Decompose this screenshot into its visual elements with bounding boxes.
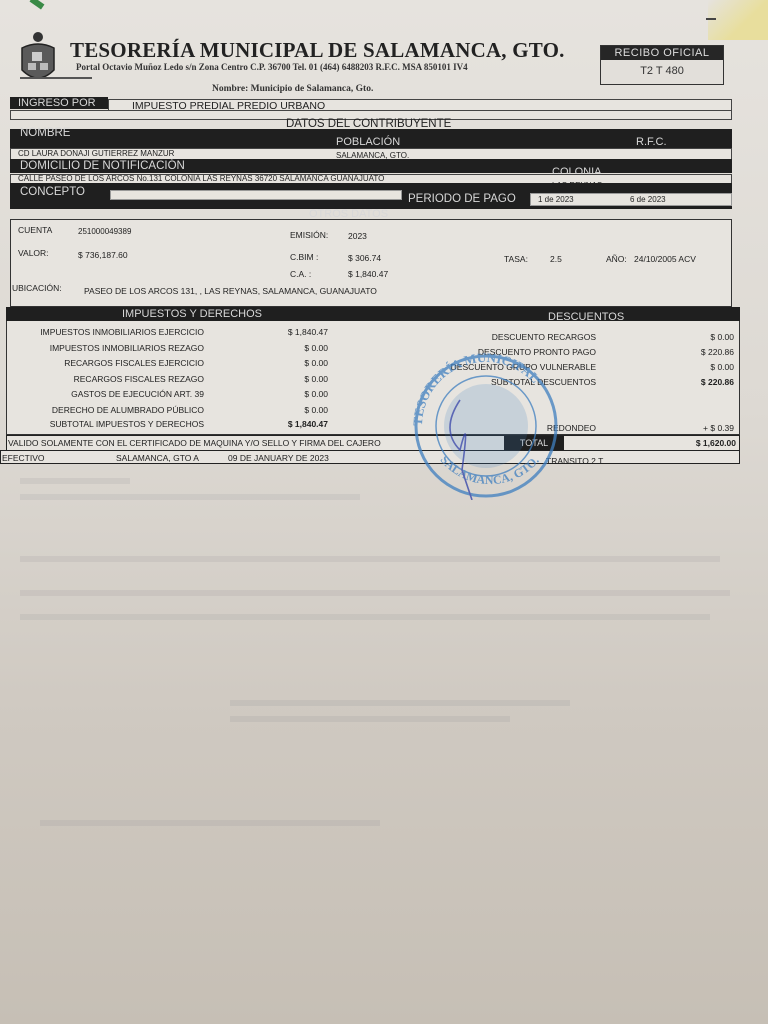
impuesto-value: $ 1,840.47 xyxy=(256,327,328,337)
anio-value: 24/10/2005 ACV xyxy=(634,254,696,264)
impuesto-label: IMPUESTOS INMOBILIARIOS EJERCICIO xyxy=(24,327,204,337)
concepto-field xyxy=(110,190,402,200)
impuesto-value: $ 0.00 xyxy=(256,389,328,399)
impuestos-header-bar xyxy=(6,307,740,321)
official-seal-icon: TESORERÍA MUNICIPAL SALAMANCA, GTO. xyxy=(400,340,572,500)
periodo-desde: 1 de 2023 xyxy=(538,195,574,204)
concepto-label: CONCEPTO xyxy=(20,186,85,198)
coat-of-arms-icon xyxy=(16,30,60,88)
impuesto-value: $ 0.00 xyxy=(256,343,328,353)
descuento-value: $ 220.86 xyxy=(666,347,734,357)
ca-value: $ 1,840.47 xyxy=(348,269,388,279)
domicilio-label: DOMICILIO DE NOTIFICACIÓN xyxy=(20,160,185,172)
impuesto-label: DERECHO DE ALUMBRADO PÚBLICO xyxy=(24,405,204,415)
descuento-value: $ 0.00 xyxy=(666,332,734,342)
receipt-label: RECIBO OFICIAL xyxy=(601,46,723,60)
fecha: 09 DE JANUARY DE 2023 xyxy=(228,453,329,463)
logo-underline xyxy=(20,77,92,79)
paper-corner xyxy=(708,0,768,40)
emision-value: 2023 xyxy=(348,231,367,241)
ca-label: C.A. : xyxy=(290,269,311,279)
forma-pago: EFECTIVO xyxy=(2,453,45,463)
lugar: SALAMANCA, GTO A xyxy=(116,453,199,463)
valor-label: VALOR: xyxy=(18,248,49,258)
page-mark xyxy=(706,18,716,20)
descuento-value: $ 0.00 xyxy=(666,362,734,372)
impuestos-title: IMPUESTOS Y DERECHOS xyxy=(122,308,262,320)
impuesto-value: $ 0.00 xyxy=(256,405,328,415)
institution-name-line: Nombre: Municipio de Salamanca, Gto. xyxy=(212,84,373,94)
periodo-hasta: 6 de 2023 xyxy=(630,195,666,204)
anio-label: AÑO: xyxy=(606,254,627,264)
receipt-number: T2 T 480 xyxy=(601,60,723,82)
rfc-label: R.F.C. xyxy=(636,136,667,148)
impuesto-label: RECARGOS FISCALES REZAGO xyxy=(24,374,204,384)
impuesto-value: $ 0.00 xyxy=(256,374,328,384)
cuenta-label: CUENTA xyxy=(18,225,52,235)
ubicacion-label: UBICACIÓN: xyxy=(12,283,62,293)
clip-mark xyxy=(30,0,45,9)
cbim-label: C.BIM : xyxy=(290,252,318,262)
tasa-label: TASA: xyxy=(504,254,528,264)
descuentos-subtotal-value: $ 220.86 xyxy=(666,377,734,387)
impuesto-value: $ 0.00 xyxy=(256,358,328,368)
nombre-value: CD LAURA DONAJI GUTIERREZ MANZUR xyxy=(18,149,174,158)
valor-value: $ 736,187.60 xyxy=(78,250,128,260)
cbim-value: $ 306.74 xyxy=(348,253,381,263)
impuestos-subtotal-value: $ 1,840.47 xyxy=(256,419,328,429)
ubicacion-value: PASEO DE LOS ARCOS 131, , LAS REYNAS, SA… xyxy=(84,286,377,296)
redondeo-value: + $ 0.39 xyxy=(666,423,734,433)
validez-text: VALIDO SOLAMENTE CON EL CERTIFICADO DE M… xyxy=(8,438,381,448)
institution-address: Portal Octavio Muñoz Ledo s/n Zona Centr… xyxy=(76,62,468,72)
impuesto-label: IMPUESTOS INMOBILIARIOS REZAGO xyxy=(24,343,204,353)
cuenta-value: 251000049389 xyxy=(78,227,131,236)
impuestos-subtotal-label: SUBTOTAL IMPUESTOS Y DERECHOS xyxy=(24,419,204,429)
impuesto-label: GASTOS DE EJECUCIÓN ART. 39 xyxy=(24,389,204,399)
receipt-box: RECIBO OFICIAL T2 T 480 xyxy=(600,45,724,85)
pago-row xyxy=(0,450,740,464)
nombre-label: NOMBRE xyxy=(20,127,70,139)
impuesto-label: RECARGOS FISCALES EJERCICIO xyxy=(24,358,204,368)
emision-label: EMISIÓN: xyxy=(290,230,328,240)
total-value: $ 1,620.00 xyxy=(656,438,736,448)
tasa-value: 2.5 xyxy=(550,254,562,264)
periodo-label: PERIODO DE PAGO xyxy=(408,193,516,205)
domicilio-value: CALLE PASEO DE LOS ARCOS No.131 COLONIA … xyxy=(18,174,384,183)
ingreso-label: INGRESO POR xyxy=(10,97,108,109)
institution-title: TESORERÍA MUNICIPAL DE SALAMANCA, GTO. xyxy=(70,38,565,63)
poblacion-label: POBLACIÓN xyxy=(336,136,400,148)
